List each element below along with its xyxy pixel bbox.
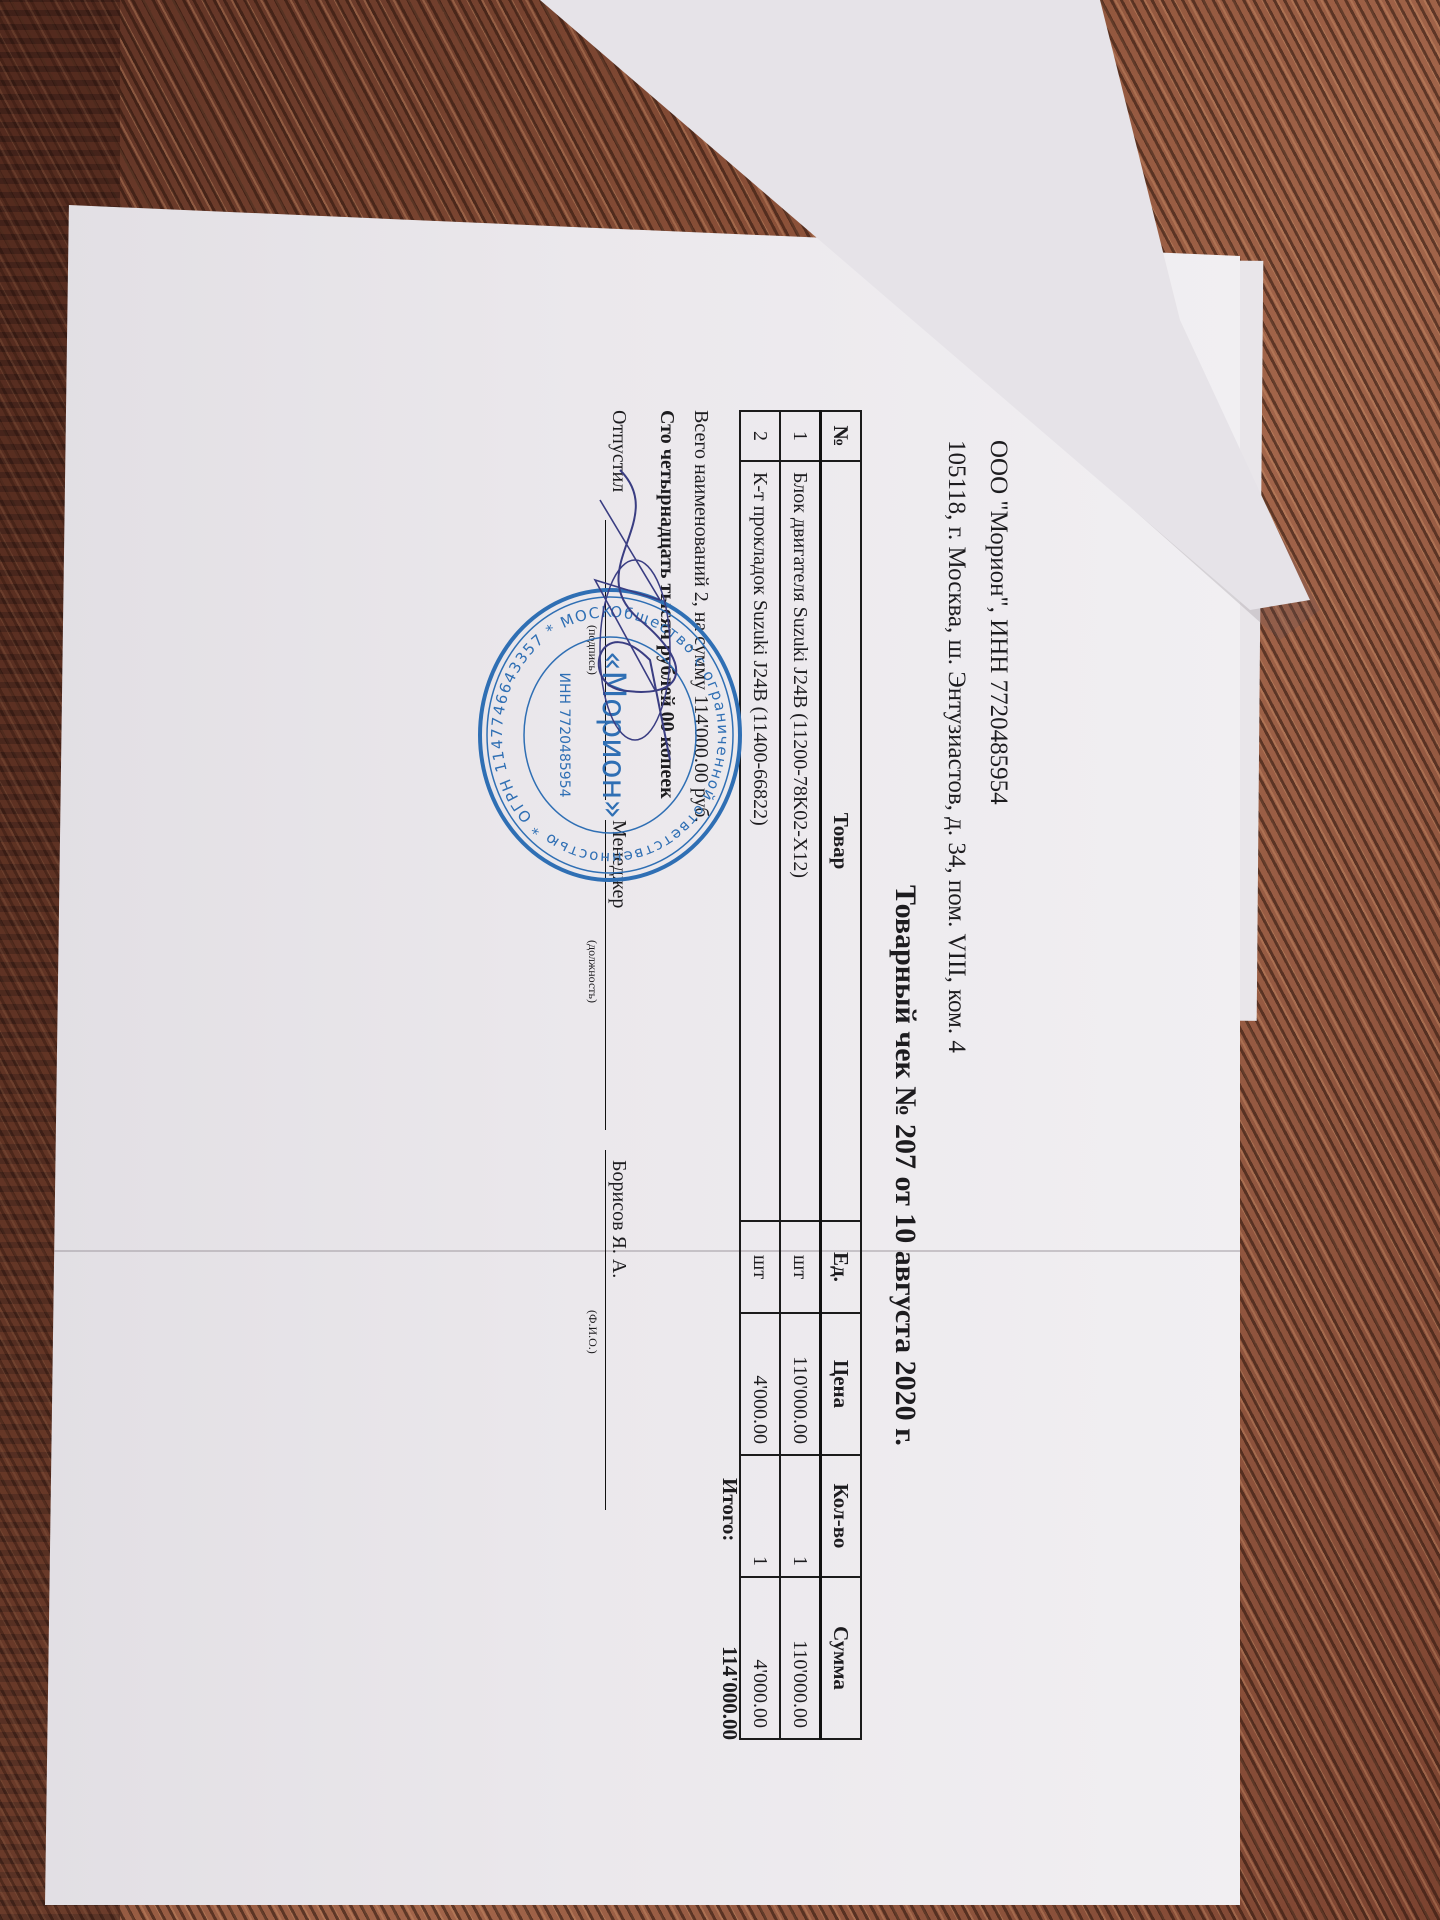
organization-line: ООО "Морион", ИНН 7720485954: [984, 440, 1012, 805]
row-product: К-т прокладок Suzuki J24B (11400-66822): [740, 461, 780, 1221]
row-qty: 1: [780, 1455, 821, 1577]
receipt-title: Товарный чек № 207 от 10 августа 2020 г.: [888, 885, 922, 1446]
name-line: [605, 1150, 606, 1510]
row-price: 110'000.00: [780, 1313, 821, 1455]
total-label: Итого:: [717, 1478, 742, 1541]
name-caption: (Ф.И.О.): [585, 1310, 600, 1354]
row-price: 4'000.00: [740, 1313, 780, 1455]
table-header-row: № Товар Ед. Цена Кол-во Сумма: [821, 411, 862, 1739]
header-num: №: [821, 411, 862, 461]
row-product: Блок двигателя Suzuki J24B (11200-78K02-…: [780, 461, 821, 1221]
row-sum: 110'000.00: [780, 1577, 821, 1739]
name-value: Борисов Я. А.: [607, 1160, 630, 1278]
row-qty: 1: [740, 1455, 780, 1577]
items-table: № Товар Ед. Цена Кол-во Сумма 1 Блок дви…: [739, 410, 862, 1740]
header-qty: Кол-во: [821, 1455, 862, 1577]
header-product: Товар: [821, 461, 862, 1221]
header-price: Цена: [821, 1313, 862, 1455]
address-line: 105118, г. Москва, ш. Энтузиастов, д. 34…: [942, 440, 970, 1053]
row-num: 2: [740, 411, 780, 461]
row-sum: 4'000.00: [740, 1577, 780, 1739]
sales-receipt-document: ООО "Морион", ИНН 7720485954 105118, г. …: [530, 330, 1030, 1770]
row-num: 1: [780, 411, 821, 461]
table-row: 1 Блок двигателя Suzuki J24B (11200-78K0…: [780, 411, 821, 1739]
row-unit: шт: [780, 1221, 821, 1313]
table-row: 2 К-т прокладок Suzuki J24B (11400-66822…: [740, 411, 780, 1739]
total-value: 114'000.00: [717, 1646, 742, 1740]
header-unit: Ед.: [821, 1221, 862, 1313]
header-sum: Сумма: [821, 1577, 862, 1739]
position-caption: (должность): [585, 940, 600, 1003]
handwritten-signature: [570, 460, 690, 790]
row-unit: шт: [740, 1221, 780, 1313]
